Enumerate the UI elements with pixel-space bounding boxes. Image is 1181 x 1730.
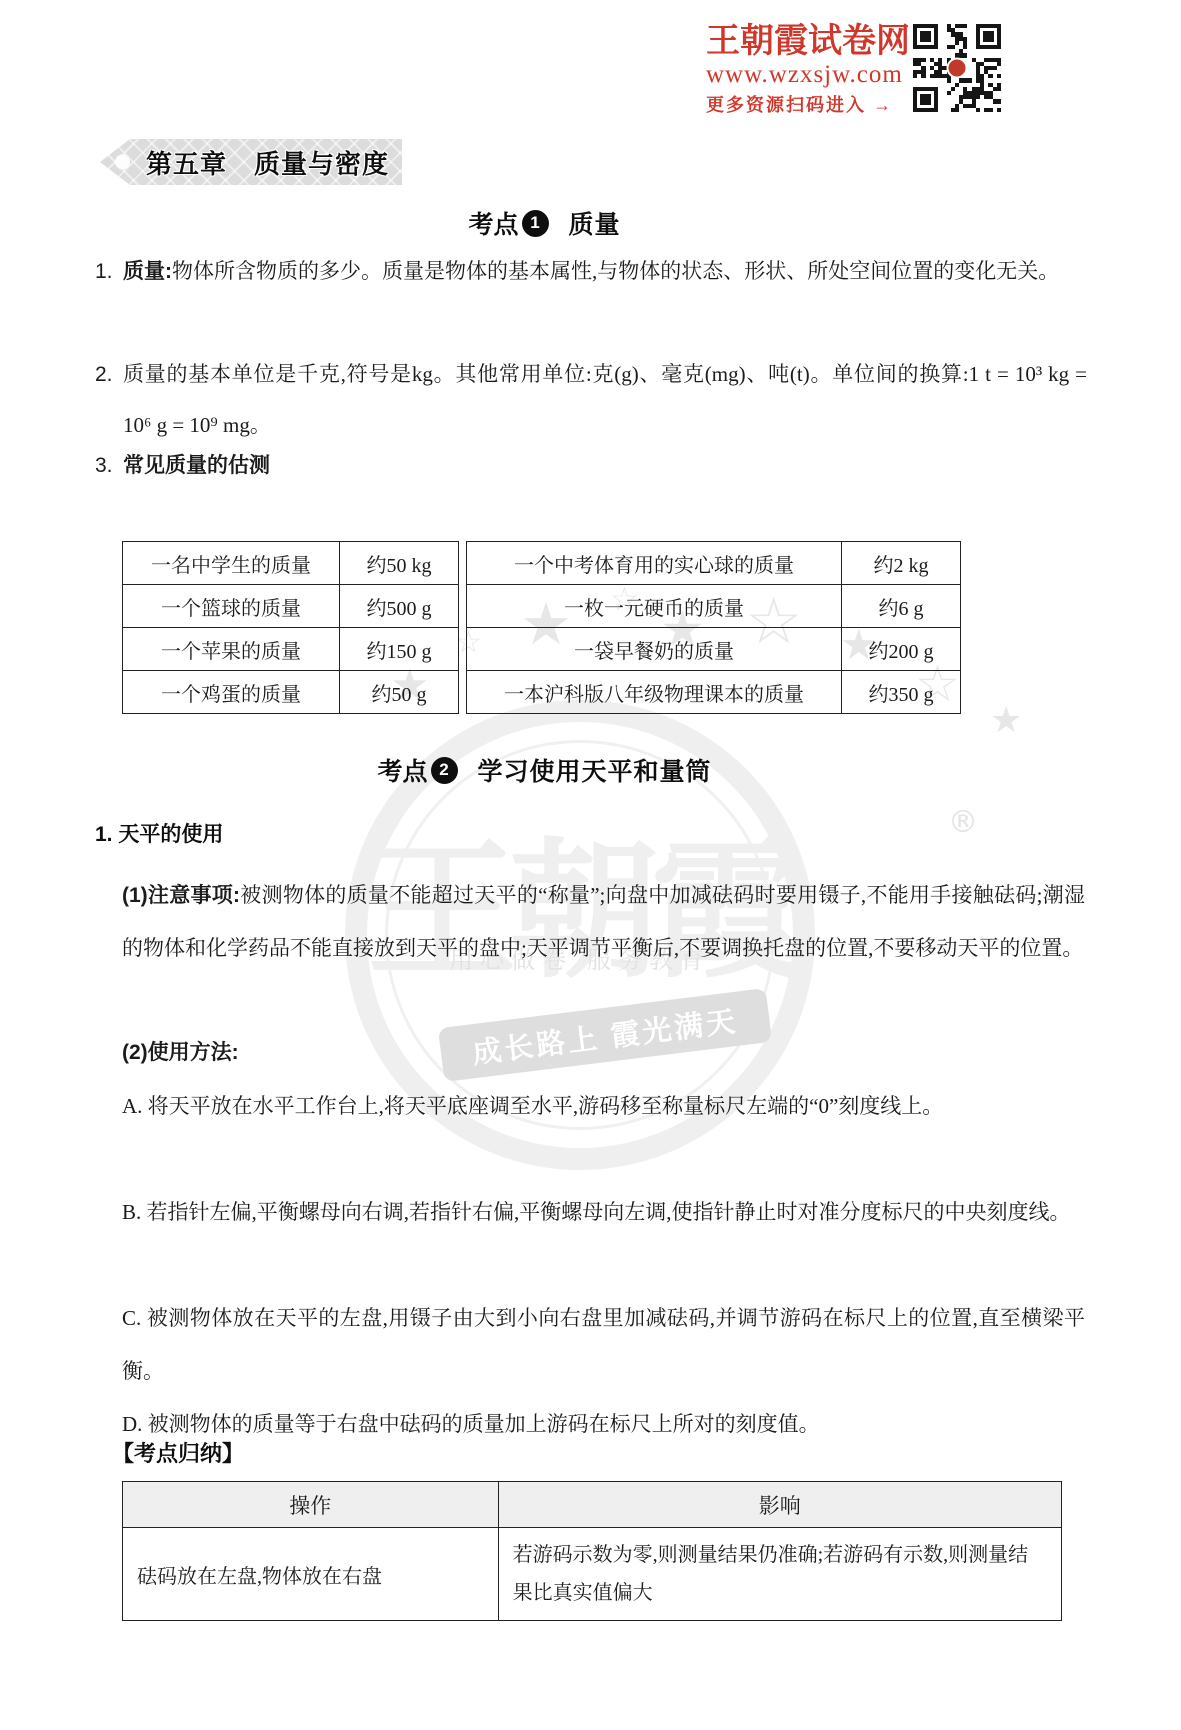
item-1-body: 物体所含物质的多少。质量是物体的基本属性,与物体的状态、形状、所处空间位置的变化… (172, 259, 1059, 283)
summary-header-operation: 操作 (123, 1482, 499, 1528)
table-row: 一袋早餐奶的质量 约200 g (467, 628, 961, 671)
step-d: D. 被测物体的质量等于右盘中砝码的质量加上游码在标尺上所对的刻度值。 (122, 1398, 1085, 1451)
scan-hint: 更多资源扫码进入 → (706, 91, 906, 117)
t1-label: 一本沪科版八年级物理课本的质量 (467, 671, 842, 714)
table-row: 一本沪科版八年级物理课本的质量 约350 g (467, 671, 961, 714)
kaodian2-prefix: 考点 (377, 752, 427, 788)
t1-label: 一个篮球的质量 (123, 585, 340, 628)
summary-header-effect: 影响 (498, 1482, 1061, 1528)
t1-value: 约6 g (842, 585, 961, 628)
note-paragraph: (1)注意事项:被测物体的质量不能超过天平的“称量”;向盘中加减砝码时要用镊子,… (122, 869, 1085, 975)
summary-table: 操作 影响 砝码放在左盘,物体放在右盘 若游码示数为零,则测量结果仍准确;若游码… (122, 1481, 1062, 1621)
t1-value: 约200 g (842, 628, 961, 671)
table-header-row: 操作 影响 (123, 1482, 1062, 1528)
kaodian2-title: 学习使用天平和量筒 (478, 752, 712, 788)
item-1-lead: 质量: (123, 260, 172, 283)
item-1-marker: 1. (95, 246, 123, 297)
section-heading-kaodian2: 考点 2 学习使用天平和量筒 (122, 752, 967, 788)
chapter-banner: 第五章 质量与密度 (100, 139, 402, 185)
summary-effect: 若游码示数为零,则测量结果仍准确;若游码有示数,则测量结果比真实值偏大 (498, 1528, 1061, 1621)
brand-website: www.wzxsjw.com (706, 62, 906, 87)
t1-value: 约500 g (340, 585, 459, 628)
table-row: 一个苹果的质量 约150 g (123, 628, 459, 671)
item-2-marker: 2. (95, 349, 123, 451)
table-row: 一个篮球的质量 约500 g (123, 585, 459, 628)
mass-table-right: 一个中考体育用的实心球的质量 约2 kg 一枚一元硬币的质量 约6 g 一袋早餐… (466, 541, 961, 714)
t1-value: 约50 kg (340, 542, 459, 585)
method-paragraph: (2)使用方法: (122, 1026, 1085, 1079)
section-heading-kaodian1: 考点 1 质量 (122, 205, 967, 241)
item-1-text: 质量:物体所含物质的多少。质量是物体的基本属性,与物体的状态、形状、所处空间位置… (123, 246, 1059, 297)
banner-dot-icon (115, 155, 130, 170)
table-row: 一个中考体育用的实心球的质量 约2 kg (467, 542, 961, 585)
t1-value: 约50 g (340, 671, 459, 714)
mass-table-left: 一名中学生的质量 约50 kg 一个篮球的质量 约500 g 一个苹果的质量 约… (122, 541, 459, 714)
item-1: 1. 质量:物体所含物质的多少。质量是物体的基本属性,与物体的状态、形状、所处空… (95, 246, 1087, 297)
t1-value: 约2 kg (842, 542, 961, 585)
kaodian2-badge: 2 (431, 757, 458, 784)
table-row: 砝码放在左盘,物体放在右盘 若游码示数为零,则测量结果仍准确;若游码有示数,则测… (123, 1528, 1062, 1621)
t1-label: 一个鸡蛋的质量 (123, 671, 340, 714)
step-a: A. 将天平放在水平工作台上,将天平底座调至水平,游码移至称量标尺左端的“0”刻… (122, 1080, 1085, 1133)
table-row: 一枚一元硬币的质量 约6 g (467, 585, 961, 628)
t1-label: 一袋早餐奶的质量 (467, 628, 842, 671)
qr-finder-icon (913, 87, 938, 112)
star-icon: ★ (990, 700, 1022, 741)
subsection-balance-use: 1. 天平的使用 (95, 818, 223, 848)
qr-center-emblem (947, 58, 968, 79)
qr-finder-icon (913, 24, 938, 49)
item-3-lead: 常见质量的估测 (123, 440, 270, 491)
brand-block: 王朝霞试卷网 www.wzxsjw.com 更多资源扫码进入 → (706, 24, 906, 117)
note-lead: (1)注意事项: (122, 884, 240, 907)
note-body: 被测物体的质量不能超过天平的“称量”;向盘中加减砝码时要用镊子,不能用手接触砝码… (122, 883, 1085, 960)
t1-label: 一个苹果的质量 (123, 628, 340, 671)
t1-value: 约150 g (340, 628, 459, 671)
t1-label: 一个中考体育用的实心球的质量 (467, 542, 842, 585)
summary-operation: 砝码放在左盘,物体放在右盘 (123, 1528, 499, 1621)
item-2-body: 质量的基本单位是千克,符号是kg。其他常用单位:克(g)、毫克(mg)、吨(t)… (123, 349, 1087, 451)
t1-value: 约350 g (842, 671, 961, 714)
item-2: 2. 质量的基本单位是千克,符号是kg。其他常用单位:克(g)、毫克(mg)、吨… (95, 349, 1087, 451)
summary-title: 【考点归纳】 (112, 1437, 244, 1468)
chapter-title: 第五章 质量与密度 (146, 144, 389, 181)
qr-finder-icon (976, 24, 1001, 49)
table-row: 一个鸡蛋的质量 约50 g (123, 671, 459, 714)
step-c: C. 被测物体放在天平的左盘,用镊子由大到小向右盘里加减砝码,并调节游码在标尺上… (122, 1292, 1085, 1398)
table-row: 一名中学生的质量 约50 kg (123, 542, 459, 585)
registered-mark: ® (948, 805, 978, 840)
item-3: 3. 常见质量的估测 (95, 440, 1087, 491)
item-3-marker: 3. (95, 440, 123, 491)
kaodian1-title: 质量 (569, 205, 621, 241)
mass-estimation-table: 一名中学生的质量 约50 kg 一个篮球的质量 约500 g 一个苹果的质量 约… (122, 541, 961, 714)
step-b: B. 若指针左偏,平衡螺母向右调,若指针右偏,平衡螺母向左调,使指针静止时对准分… (122, 1186, 1085, 1239)
qr-code (913, 24, 1001, 112)
kaodian1-prefix: 考点 (468, 205, 518, 241)
brand-name: 王朝霞试卷网 (706, 24, 906, 60)
t1-label: 一枚一元硬币的质量 (467, 585, 842, 628)
method-lead: (2)使用方法: (122, 1041, 239, 1064)
kaodian1-badge: 1 (522, 210, 549, 237)
t1-label: 一名中学生的质量 (123, 542, 340, 585)
study-guide-page: ★ ☆ ★ ☆ ★ ☆ ★ ☆ ★ 王朝霞 ® 用心做卷 服务教育 成长路上 霞… (0, 0, 1181, 1730)
